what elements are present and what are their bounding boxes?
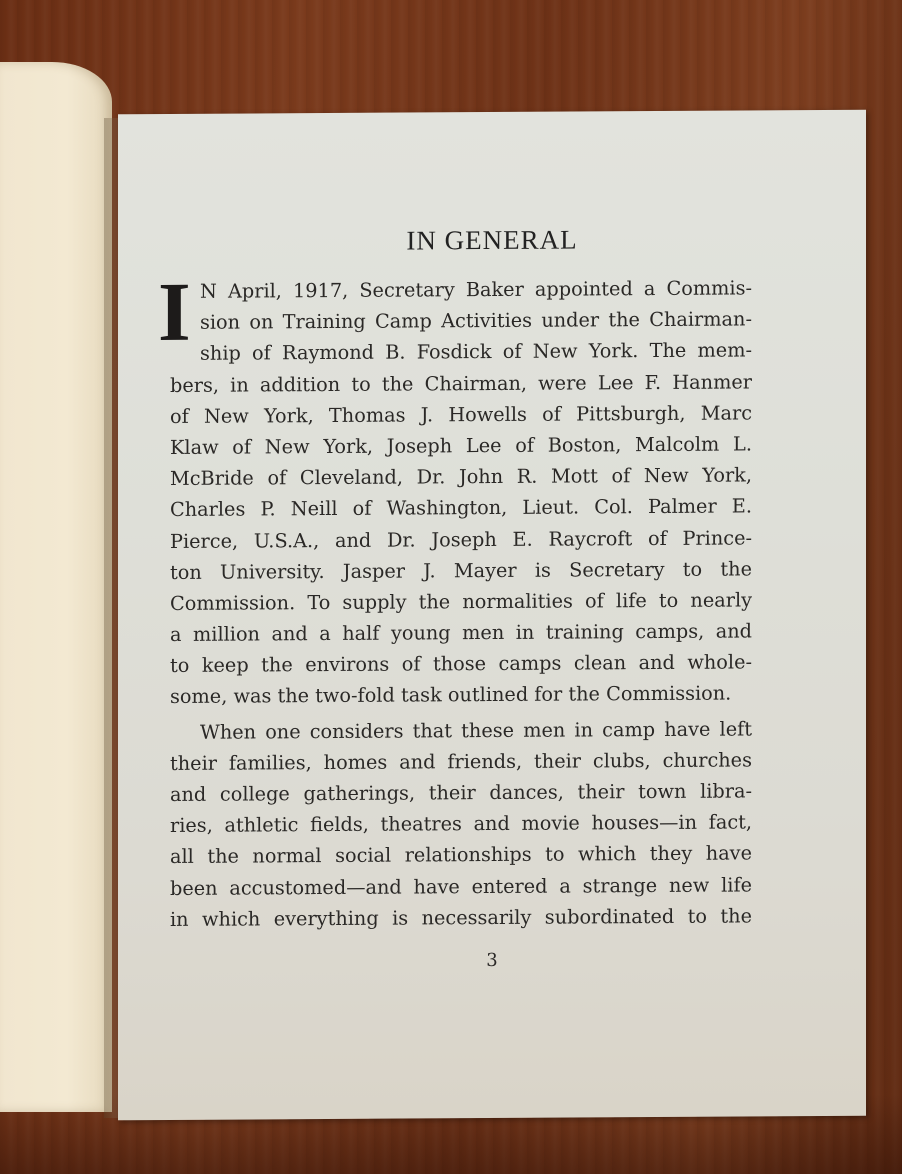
text-line: some, was the two-fold task outlined for… — [170, 678, 752, 713]
text-line: a million and a half young men in traini… — [170, 615, 752, 650]
text-line: Pierce, U.S.A., and Dr. Joseph E. Raycro… — [170, 522, 752, 557]
book-page: IN GENERAL I N April, 1917, Secretary Ba… — [118, 110, 866, 1121]
text-line: When one considers that these men in cam… — [170, 713, 752, 748]
text-line: ship of Raymond B. Fosdick of New York. … — [170, 335, 752, 370]
text-line: all the normal social relationships to w… — [170, 838, 752, 873]
paragraph-2: When one considers that these men in cam… — [170, 713, 752, 935]
text-line: Klaw of New York, Joseph Lee of Boston, … — [170, 428, 752, 463]
page-body: I N April, 1917, Secretary Baker appoint… — [170, 272, 752, 934]
text-line: ries, athletic fields, theatres and movi… — [170, 807, 752, 842]
text-line: of New York, Thomas J. Howells of Pittsb… — [170, 397, 752, 432]
text-line: and college gatherings, their dances, th… — [170, 775, 752, 810]
drop-cap: I — [158, 280, 191, 346]
text-line: been accustomed—and have entered a stran… — [170, 869, 752, 904]
text-line: N April, 1917, Secretary Baker appointed… — [170, 272, 752, 307]
text-line: ton University. Jasper J. Mayer is Secre… — [170, 553, 752, 588]
text-line: McBride of Cleveland, Dr. John R. Mott o… — [170, 460, 752, 495]
page-number: 3 — [118, 948, 866, 974]
text-line: sion on Training Camp Activities under t… — [170, 304, 752, 339]
left-facing-page — [0, 62, 112, 1112]
text-line: bers, in addition to the Chairman, were … — [170, 366, 752, 401]
text-line: Charles P. Neill of Washington, Lieut. C… — [170, 491, 752, 526]
paragraph-1: N April, 1917, Secretary Baker appointed… — [170, 272, 752, 712]
page-title: IN GENERAL — [118, 223, 866, 259]
text-line: in which everything is necessarily subor… — [170, 900, 752, 935]
text-line: to keep the environs of those camps clea… — [170, 647, 752, 682]
text-line: Commission. To supply the normalities of… — [170, 584, 752, 619]
text-line: their families, homes and friends, their… — [170, 744, 752, 779]
